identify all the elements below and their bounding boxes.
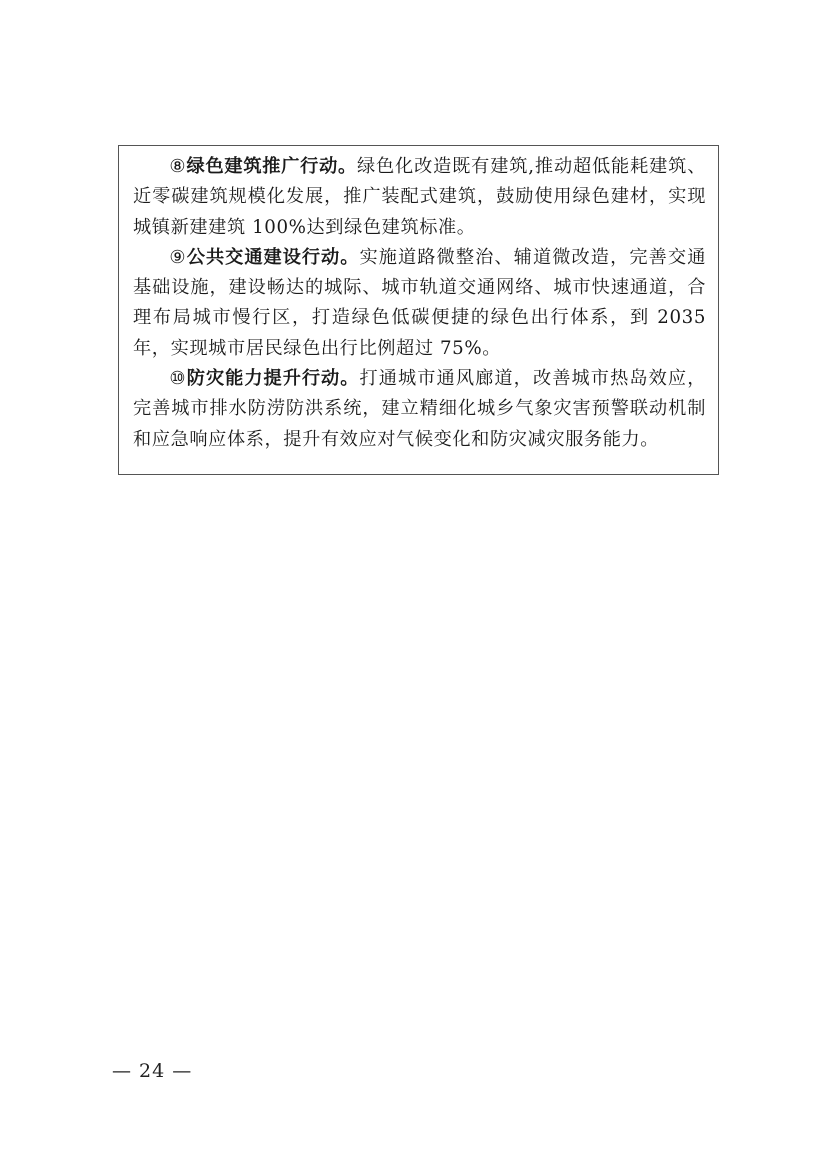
paragraph-heading: 公共交通建设行动。 xyxy=(187,247,360,268)
action-items-box: ⑧绿色建筑推广行动。绿色化改造既有建筑,推动超低能耗建筑、近零碳建筑规模化发展，… xyxy=(118,145,719,475)
paragraph-green-building: ⑧绿色建筑推广行动。绿色化改造既有建筑,推动超低能耗建筑、近零碳建筑规模化发展，… xyxy=(133,152,706,243)
page-number: — 24 — xyxy=(112,1060,192,1082)
paragraph-public-transport: ⑨公共交通建设行动。实施道路微整治、辅道微改造，完善交通基础设施，建设畅达的城际… xyxy=(133,243,706,364)
item-marker: ⑩ xyxy=(169,368,186,389)
paragraph-heading: 绿色建筑推广行动。 xyxy=(187,156,357,177)
paragraph-disaster-prevention: ⑩防灾能力提升行动。打通城市通风廊道，改善城市热岛效应，完善城市排水防涝防洪系统… xyxy=(133,364,706,455)
paragraph-heading: 防灾能力提升行动。 xyxy=(187,368,360,389)
item-marker: ⑧ xyxy=(169,156,186,177)
item-marker: ⑨ xyxy=(169,247,186,268)
